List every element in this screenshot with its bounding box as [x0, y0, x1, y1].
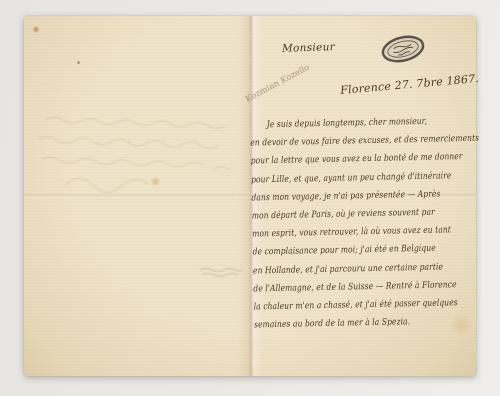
letter-paper: Monsieur Kozmian Kozello Florence 27. 7b…	[24, 16, 476, 376]
pencil-smudge	[198, 266, 244, 278]
paper-stain	[150, 177, 161, 186]
letter-body: Je suis depuis longtemps, cher monsieur,…	[250, 112, 491, 335]
paper-stain	[32, 26, 40, 33]
salutation: Monsieur	[282, 41, 335, 55]
oval-ink-stamp-icon	[377, 29, 429, 69]
ink-speck	[77, 61, 80, 64]
bleedthrough-writing	[36, 111, 246, 206]
dateline: Florence 27. 7bre 1867.	[340, 72, 480, 97]
scanned-letter: Monsieur Kozmian Kozello Florence 27. 7b…	[0, 0, 500, 396]
letter-line: semaines au bord de la mer à la Spezia.	[254, 312, 453, 334]
